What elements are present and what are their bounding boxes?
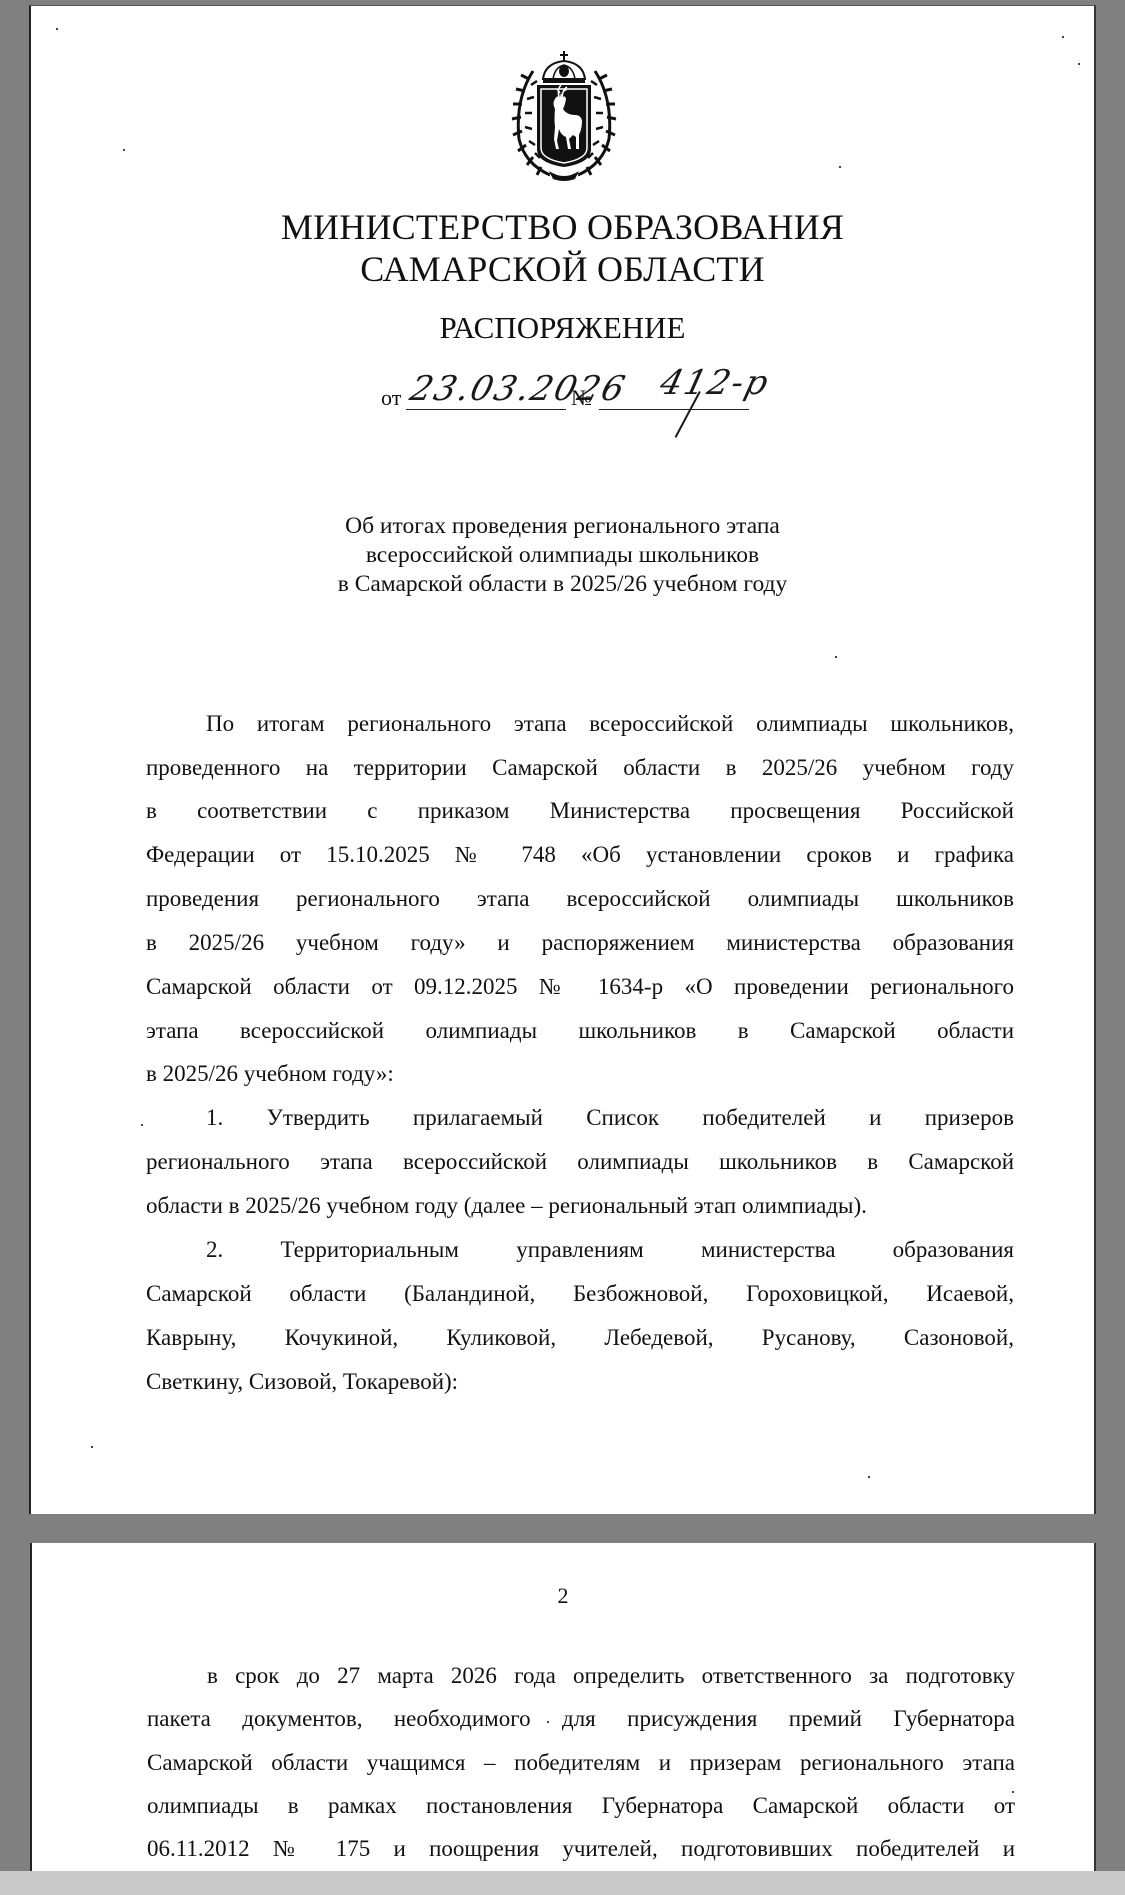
body-line: Самарской области учащимся – победителям… — [147, 1749, 1015, 1777]
list-item-2-line: 2. Территориальным управлениям министерс… — [206, 1236, 1014, 1264]
order-number-handwritten: 412-р — [656, 363, 774, 403]
ministry-title-line-1: МИНИСТЕРСТВО ОБРАЗОВАНИЯ — [31, 205, 1094, 249]
scan-speck — [839, 166, 841, 168]
body-line: Федерации от 15.10.2025 № 748 «Об устано… — [146, 841, 1014, 869]
body-line: проведения регионального этапа всероссий… — [146, 885, 1014, 913]
subject-line-1: Об итогах проведения регионального этапа — [31, 512, 1094, 540]
body-line: в соответствии с приказом Министерства п… — [146, 797, 1014, 825]
list-item-2-line: Самарской области (Баландиной, Безбожнов… — [146, 1280, 1014, 1308]
body-line: в 2025/26 учебном году»: — [146, 1060, 1014, 1088]
viewer-bottom-bar — [0, 1871, 1125, 1895]
scan-speck — [56, 28, 58, 30]
coat-of-arms-icon — [505, 49, 623, 183]
order-type-heading: РАСПОРЯЖЕНИЕ — [31, 310, 1094, 346]
date-prefix: от — [381, 385, 401, 411]
body-line: в срок до 27 марта 2026 года определить … — [207, 1662, 1015, 1690]
scan-speck — [141, 1124, 143, 1126]
subject-line-3: в Самарской области в 2025/26 учебном го… — [31, 570, 1094, 598]
date-underline — [406, 409, 566, 410]
body-line: олимпиады в рамках постановления Губерна… — [147, 1792, 1015, 1820]
list-item-1-line: 1. Утвердить прилагаемый Список победите… — [206, 1104, 1014, 1132]
scan-speck — [1012, 1791, 1014, 1793]
body-line: пакета документов, необходимого для прис… — [147, 1705, 1015, 1733]
body-line: проведенного на территории Самарской обл… — [146, 754, 1014, 782]
number-sign: № — [571, 385, 592, 411]
scan-speck — [123, 149, 125, 151]
ministry-title-line-2: САМАРСКОЙ ОБЛАСТИ — [31, 247, 1094, 291]
order-date-handwritten: 23.03.2026 — [406, 369, 631, 409]
page-number: 2 — [32, 1583, 1094, 1609]
list-item-1-line: регионального этапа всероссийской олимпи… — [146, 1148, 1014, 1176]
body-line: 06.11.2012 № 175 и поощрения учителей, п… — [147, 1835, 1015, 1863]
list-item-1-line: области в 2025/26 учебном году (далее – … — [146, 1192, 1014, 1220]
body-line: По итогам регионального этапа всероссийс… — [206, 710, 1014, 738]
document-page-2: 2 в срок до 27 марта 2026 года определит… — [30, 1543, 1096, 1871]
list-item-2-line: Каврыну, Кочукиной, Куликовой, Лебедевой… — [146, 1324, 1014, 1352]
list-item-2-line: Светкину, Сизовой, Токаревой): — [146, 1368, 1014, 1396]
scan-speck — [1078, 63, 1080, 65]
scan-speck — [547, 1721, 549, 1723]
body-line: в 2025/26 учебном году» и распоряжением … — [146, 929, 1014, 957]
subject-line-2: всероссийской олимпиады школьников — [31, 541, 1094, 569]
number-underline — [599, 409, 749, 410]
scan-speck — [868, 1476, 870, 1478]
body-line: Самарской области от 09.12.2025 № 1634-р… — [146, 973, 1014, 1001]
scan-speck — [1062, 36, 1064, 38]
scan-speck — [835, 656, 837, 658]
document-page-1: МИНИСТЕРСТВО ОБРАЗОВАНИЯ САМАРСКОЙ ОБЛАС… — [29, 5, 1096, 1514]
body-line: этапа всероссийской олимпиады школьников… — [146, 1017, 1014, 1045]
order-date-number-row: от 23.03.2026 № 412-р — [381, 361, 801, 421]
scan-speck — [91, 1446, 93, 1448]
